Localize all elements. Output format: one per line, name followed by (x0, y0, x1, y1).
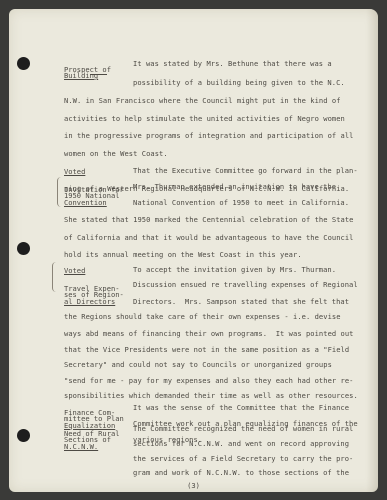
body-line: gram and work of N.C.N.W. to those secti… (133, 469, 349, 477)
body-line: in the progressive programs of integrati… (64, 132, 354, 140)
body-line: National Convention of 1950 to meet in C… (133, 199, 349, 207)
body-line: activities to help stimulate the united … (64, 115, 345, 123)
pencil-bracket-mark (52, 262, 56, 292)
section-label-voted: Voted (64, 268, 85, 275)
section-label-voted: Voted (64, 169, 85, 176)
body-line: the services of a Field Secretary to car… (133, 455, 353, 463)
body-line: She stated that 1950 marked the Centenni… (64, 216, 354, 224)
body-line: N.W. in San Francisco where the Council … (64, 97, 341, 105)
page-number: (3) (0, 481, 387, 490)
body-line: hold its annual meeting on the West Coas… (64, 251, 302, 259)
body-line: It was stated by Mrs. Bethune that there… (133, 60, 332, 68)
body-line: The Committee recognized the need of wom… (133, 425, 353, 433)
body-line: women on the West Coast. (64, 150, 168, 158)
body-line: Discussion ensued re travelling expenses… (133, 281, 358, 289)
label-line: al Directors (64, 297, 115, 306)
body-line: that the Vice Presidents were not in the… (64, 346, 349, 354)
body-line: sponsibilities which demanded their time… (64, 392, 358, 400)
punch-hole-middle (17, 242, 30, 255)
body-line: Secretary" and could not say to Councils… (64, 361, 332, 369)
section-label-rural-sections: Need of Rural Sections of N.C.N.W. (64, 424, 120, 450)
body-line: "send for me - pay for my expenses and a… (64, 377, 354, 385)
body-line: That the Executive Committee go forward … (133, 167, 358, 175)
section-label-travel-expenses: Travel Expen- ses of Region- al Director… (64, 279, 124, 305)
body-line: ways abd means of financing their own pr… (64, 330, 354, 338)
body-line: Directors. Mrs. Sampson stated that she … (133, 298, 349, 306)
body-line: sections for N.C.N.W. and went on record… (133, 440, 349, 448)
body-line: possibility of a building being given to… (133, 79, 345, 87)
body-line: It was the sense of the Committee that t… (133, 404, 349, 412)
punch-hole-bottom (17, 429, 30, 442)
body-line: the Regions should take care of their ow… (64, 313, 341, 321)
body-line: Mrs. Thurman extended an invitation to h… (133, 183, 336, 191)
section-label-prospect-of-building: Prospect of Building (64, 60, 111, 80)
label-line: Building (64, 71, 98, 80)
label-underline (90, 74, 107, 75)
punch-hole-top (17, 57, 30, 70)
body-line: To accept the invitation given by Mrs. T… (133, 266, 336, 274)
section-label-invitation-1950-convention: Invitation for 1950 National Convention (64, 180, 124, 206)
body-line: of California and that it would be advan… (64, 234, 354, 242)
pencil-bracket-mark (57, 177, 61, 207)
label-line: Convention (64, 198, 107, 207)
label-line: N.C.N.W. (64, 442, 98, 451)
